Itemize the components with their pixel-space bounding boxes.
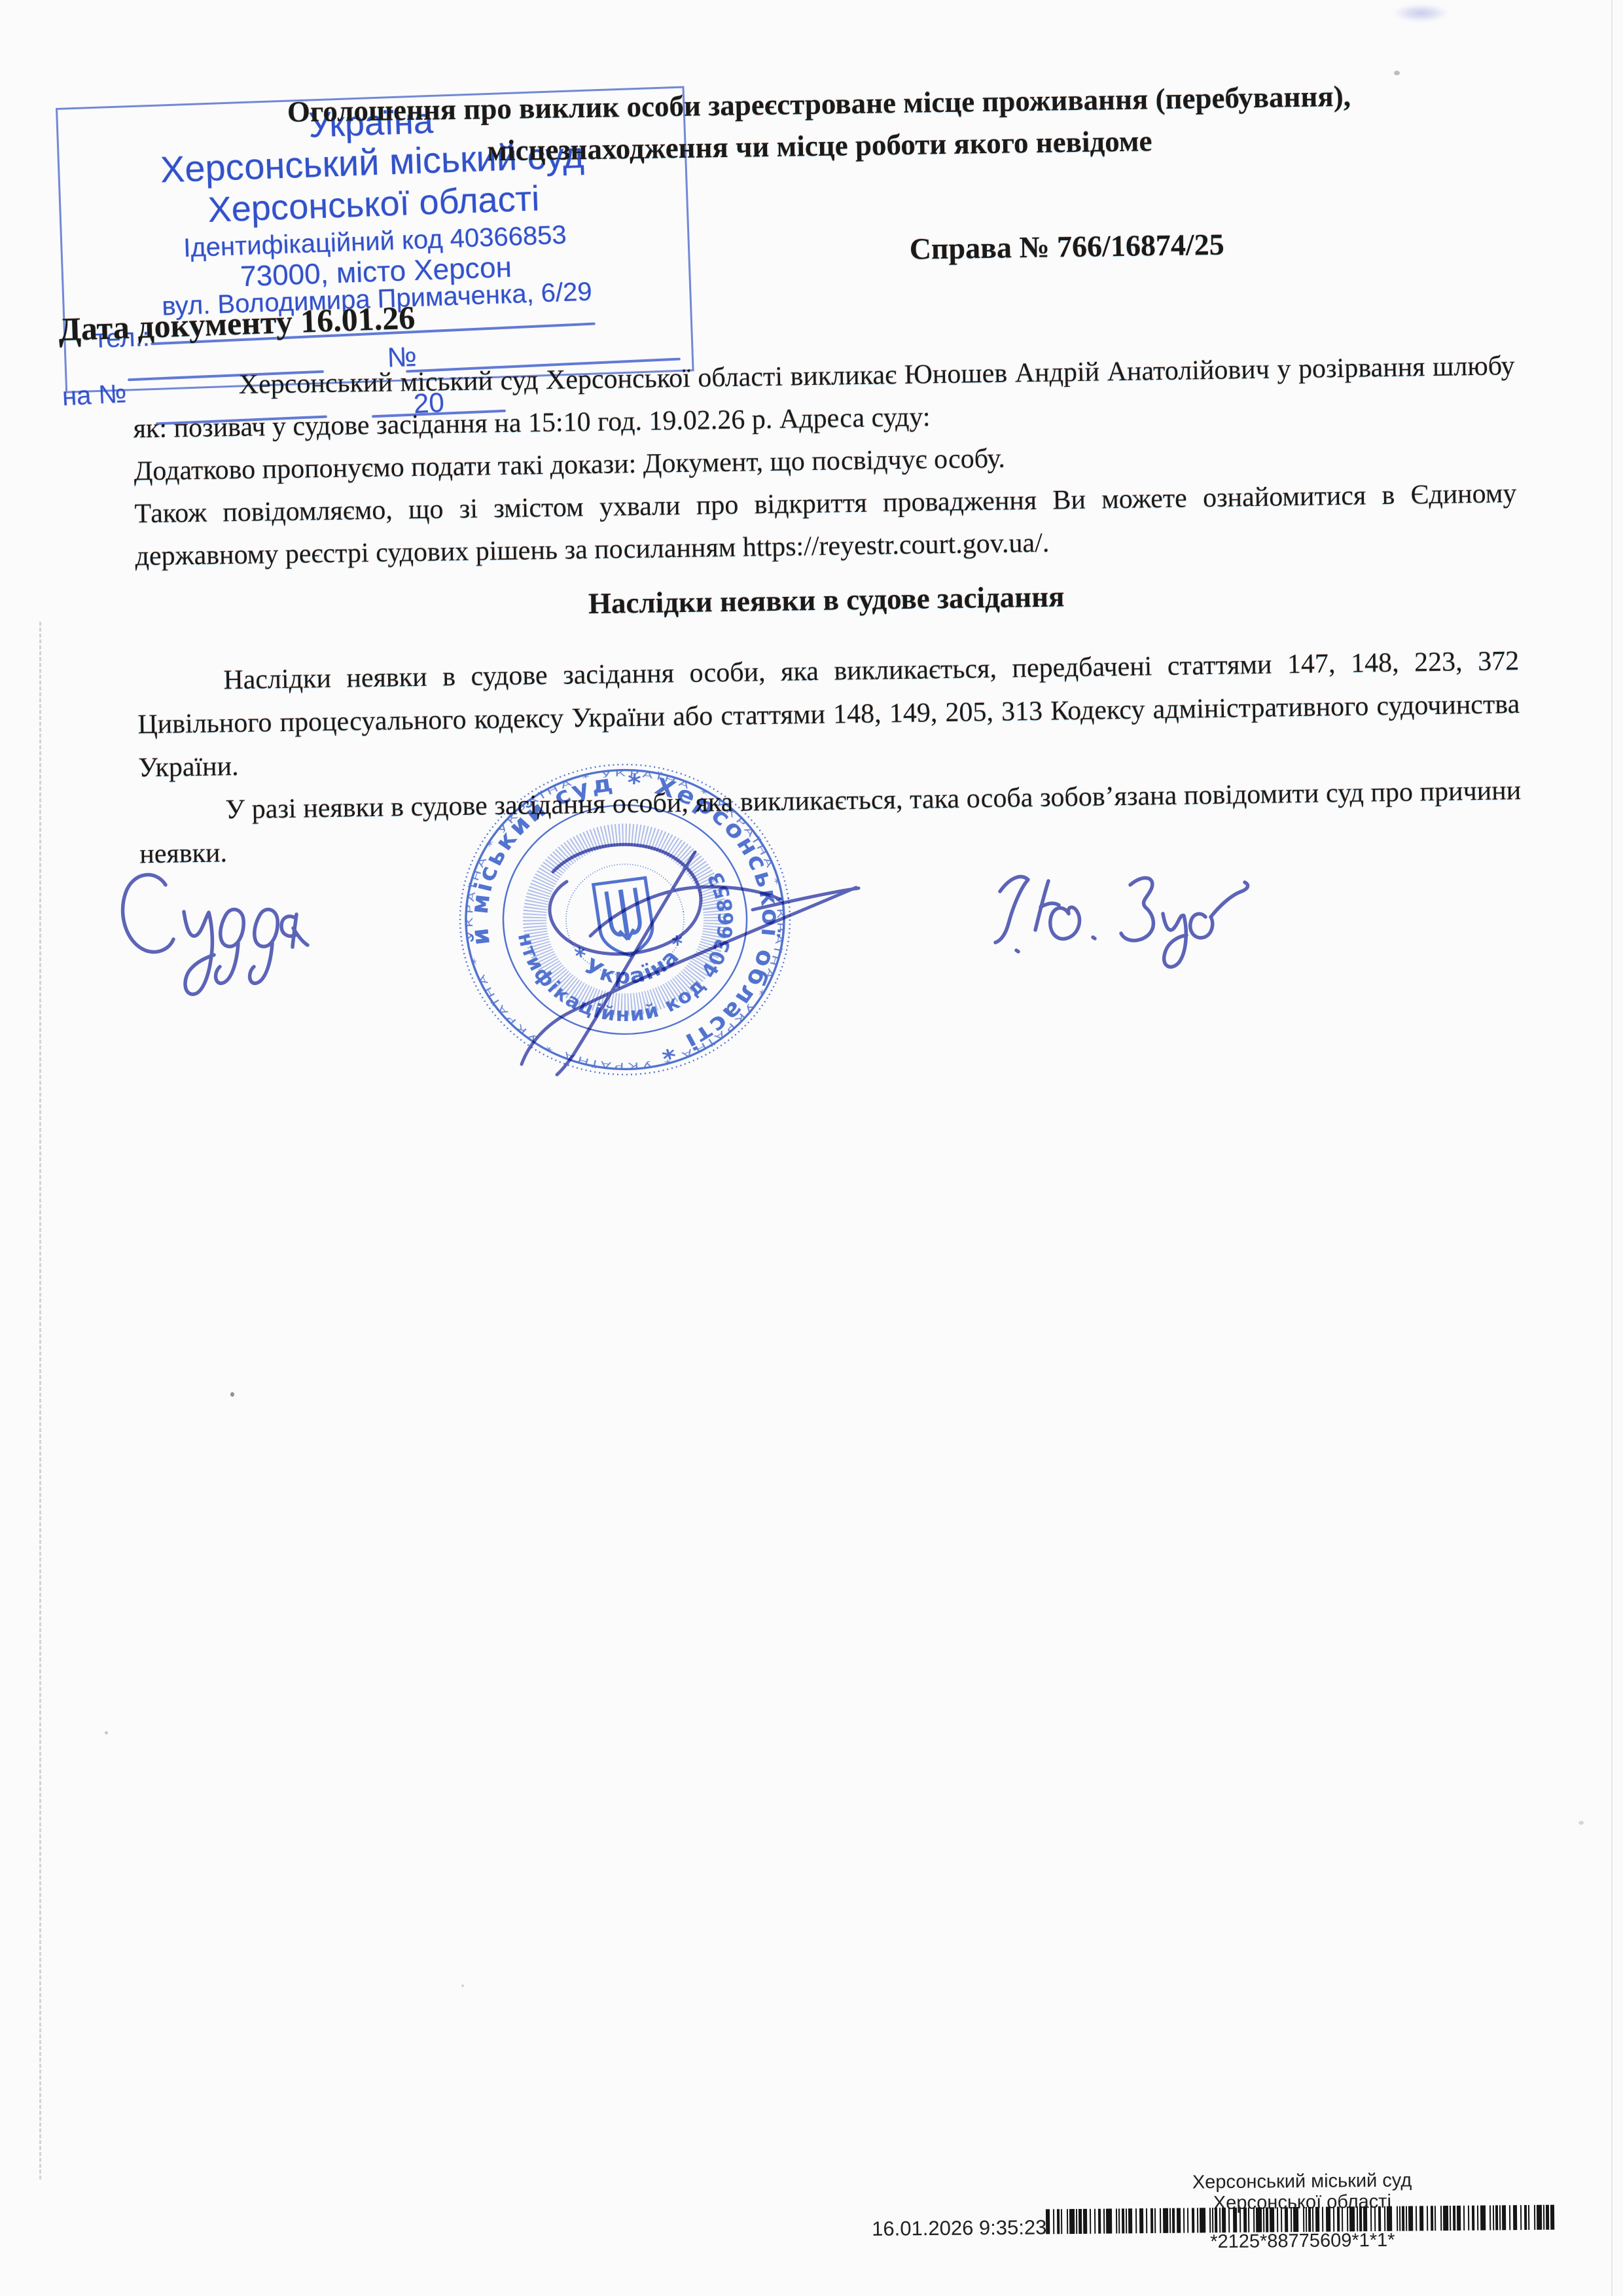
barcode-bar	[1253, 2208, 1255, 2233]
barcode-bar	[1176, 2208, 1181, 2233]
barcode-bar	[1326, 2207, 1330, 2232]
barcode-bar	[1537, 2205, 1543, 2230]
barcode-bar	[1219, 2208, 1221, 2233]
barcode-bar	[1090, 2209, 1091, 2234]
barcode-bar	[1499, 2205, 1501, 2230]
barcode-bar	[1477, 2206, 1478, 2231]
barcode-bar	[1160, 2208, 1161, 2233]
barcode-bar	[1468, 2206, 1469, 2231]
scan-artifact-left-line	[39, 622, 41, 2179]
barcode-bar	[1248, 2208, 1249, 2233]
barcode-bar	[1427, 2206, 1428, 2231]
barcode-bar	[1378, 2206, 1382, 2231]
barcode-bar	[1172, 2208, 1175, 2233]
scan-speck	[1578, 1821, 1584, 1825]
barcode-bar	[1408, 2206, 1413, 2231]
barcode-bar	[1347, 2206, 1348, 2231]
paragraph: Наслідки неявки в судове засідання особи…	[137, 639, 1521, 789]
barcode-bar	[1396, 2206, 1397, 2231]
scan-speck	[1394, 71, 1400, 75]
barcode-bar	[1550, 2205, 1555, 2230]
scan-speck	[230, 1392, 234, 1397]
barcode-bar	[1154, 2208, 1156, 2233]
scanned-court-document: Україна Херсонський міський суд Херсонсь…	[0, 0, 1623, 2296]
intro-paragraphs: Херсонський міський суд Херсонської обла…	[132, 345, 1518, 578]
barcode-bar	[1435, 2206, 1436, 2231]
barcode-bar	[1098, 2209, 1101, 2234]
barcode-bar	[1440, 2206, 1442, 2231]
scan-smudge	[1393, 4, 1449, 22]
barcode-bar	[1079, 2209, 1082, 2234]
seal-inner-rosette	[558, 857, 691, 982]
footer: Херсонський міський суд Херсонської обла…	[0, 0, 1603, 11]
barcode-bar	[1303, 2207, 1304, 2232]
barcode-bar	[1150, 2208, 1154, 2233]
barcode-bar	[1363, 2206, 1368, 2231]
barcode-bar	[1443, 2206, 1449, 2231]
barcode-bar	[1106, 2209, 1112, 2234]
barcode-bar	[1169, 2208, 1171, 2233]
barcode-bar	[1402, 2206, 1405, 2231]
barcode-bar	[1215, 2208, 1218, 2233]
scan-speck	[461, 1984, 464, 1987]
barcode-bar	[1256, 2208, 1262, 2233]
barcode-bar	[1197, 2208, 1198, 2233]
barcode-bar	[1406, 2206, 1407, 2231]
barcode-bar	[1370, 2206, 1372, 2231]
barcode-bar	[1359, 2206, 1363, 2231]
barcode-bar	[1285, 2207, 1288, 2232]
barcode-bar	[1322, 2207, 1323, 2232]
barcode-bar	[1192, 2208, 1195, 2233]
barcode-bar	[1472, 2206, 1475, 2231]
barcode-bar	[1416, 2206, 1417, 2231]
barcode-bar	[1450, 2206, 1451, 2231]
barcode-bar	[1046, 2209, 1050, 2234]
section-heading: Наслідки неявки в судове засідання	[135, 573, 1517, 627]
scan-speck	[105, 1731, 108, 1734]
barcode-bar	[1126, 2208, 1127, 2233]
barcode-bar	[1266, 2207, 1269, 2232]
barcode-bar	[1533, 2205, 1535, 2230]
barcode-bar	[1528, 2205, 1529, 2230]
barcode-bar	[1489, 2205, 1491, 2230]
barcode-bar	[1243, 2208, 1247, 2233]
barcode-bar	[1146, 2208, 1147, 2233]
barcode-bar	[1291, 2207, 1292, 2232]
barcode-bar	[1333, 2207, 1334, 2232]
barcode-bar	[1187, 2208, 1188, 2233]
barcode-bar	[1513, 2205, 1518, 2230]
barcode-bar	[1094, 2209, 1095, 2234]
barcode-bar	[1103, 2209, 1105, 2234]
barcode-bar	[1116, 2208, 1117, 2233]
barcode-bar	[1052, 2209, 1054, 2234]
barcode-bar	[1509, 2205, 1510, 2230]
barcode-bar	[1312, 2207, 1313, 2232]
barcode-bar	[1069, 2209, 1075, 2234]
barcode-bar	[1209, 2208, 1211, 2233]
barcode-bar	[1200, 2208, 1205, 2233]
barcode-bar	[1384, 2206, 1385, 2231]
typed-content: Оголошення про виклик особи зареєстрован…	[0, 0, 1619, 12]
consequence-paragraphs: Наслідки неявки в судове засідання особи…	[137, 639, 1522, 876]
barcode-bar	[1057, 2209, 1060, 2234]
barcode-bar	[1308, 2207, 1311, 2232]
barcode-bar	[1076, 2209, 1077, 2234]
barcode-bar	[1357, 2206, 1358, 2231]
barcode-bar	[1277, 2207, 1278, 2232]
barcode-bar	[1240, 2208, 1241, 2233]
footer-timestamp: 16.01.2026 9:35:23	[872, 2215, 1047, 2240]
barcode-bar	[1315, 2207, 1320, 2232]
barcode-bar	[1453, 2206, 1456, 2231]
barcode-bar	[1337, 2206, 1340, 2231]
barcode-bar	[1387, 2206, 1393, 2231]
scan-artifact-right-line	[1611, 0, 1613, 2296]
case-number: Справа № 766/16874/25	[909, 227, 1224, 266]
barcode-bar	[1492, 2205, 1493, 2230]
barcode-bar	[1480, 2206, 1486, 2231]
barcode-bar	[1139, 2208, 1144, 2233]
trident-shield-icon	[594, 878, 656, 959]
barcode-bar	[1121, 2208, 1124, 2233]
barcode-bar	[1061, 2209, 1062, 2234]
barcode-bar	[1083, 2209, 1088, 2234]
barcode-bar	[1270, 2207, 1274, 2232]
barcode-bar	[1520, 2205, 1521, 2230]
judge-label-handwriting	[123, 875, 308, 995]
barcode-bar	[1495, 2205, 1499, 2230]
barcode-bar	[1502, 2205, 1507, 2230]
barcode-bar	[1431, 2206, 1434, 2231]
barcode-bar	[1162, 2208, 1168, 2233]
barcode-bar	[1228, 2208, 1230, 2233]
barcode-bar	[1341, 2206, 1342, 2231]
barcode-bar	[1128, 2208, 1133, 2233]
barcode-bar	[1263, 2208, 1264, 2233]
barcode-bar	[1524, 2205, 1527, 2230]
barcode-bar	[1543, 2205, 1544, 2230]
barcode-bar	[1066, 2209, 1067, 2234]
barcode-bar	[1306, 2207, 1307, 2232]
barcode-bar	[1349, 2206, 1355, 2231]
seal-country-text: * Україна *	[562, 928, 701, 997]
barcode-bar	[1135, 2208, 1136, 2233]
stamp-reply-label: на №	[62, 379, 128, 412]
barcode-bar	[1118, 2208, 1120, 2233]
barcode-bar	[1212, 2208, 1213, 2233]
barcode-bar	[1233, 2208, 1238, 2233]
barcode-bar	[1419, 2206, 1424, 2231]
barcode-bar	[1281, 2207, 1282, 2232]
barcode-bar	[1222, 2208, 1226, 2233]
barcode-bar	[1399, 2206, 1400, 2231]
barcode-bar	[1293, 2207, 1299, 2232]
barcode-bar	[1374, 2206, 1376, 2231]
barcode-bar	[1183, 2208, 1185, 2233]
barcode-bar	[1546, 2205, 1549, 2230]
barcode-value: *2125*88775609*1*1*	[1099, 2229, 1505, 2253]
signature-over-seal	[522, 844, 859, 1075]
barcode-bar	[1457, 2206, 1461, 2231]
judge-name-handwriting	[995, 877, 1248, 967]
barcode-bar	[1463, 2206, 1465, 2231]
